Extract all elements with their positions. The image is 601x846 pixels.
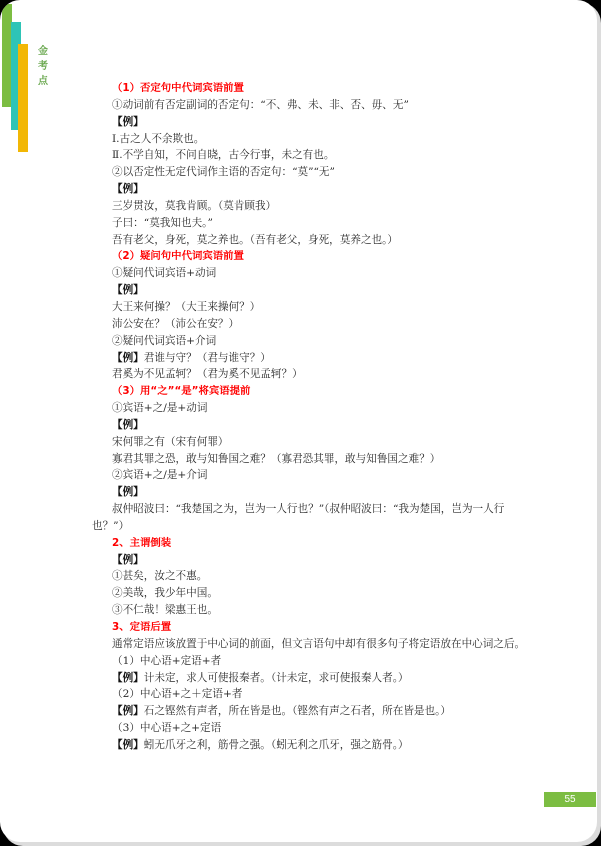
line-text: ①动词前有否定副词的否定句：“不、弗、未、非、否、毋、无” xyxy=(112,99,409,111)
line-text: 计未定，求人可使报秦者。（计未定，求可使报秦人者。） xyxy=(144,672,409,684)
example-label: 【例】 xyxy=(112,705,144,717)
line-text: ②宾语+之/是+介词 xyxy=(112,469,207,481)
line-text: Ⅰ.古之人不余欺也。 xyxy=(112,133,204,145)
example-label: 【例】 xyxy=(112,352,144,364)
text-line: ②以否定性无定代词作主语的否定句：“莫”“无” xyxy=(92,164,514,181)
text-line: 【例】石之铿然有声者，所在皆是也。（铿然有声之石者，所在皆是也。） xyxy=(92,703,514,720)
line-text: 蚓无爪牙之利，筋骨之强。（蚓无利之爪牙，强之筋骨。） xyxy=(144,739,409,751)
text-line: 通常定语应该放置于中心词的前面，但文言语句中却有很多句子将定语放在中心词之后。 xyxy=(92,636,514,653)
example-label: 【例】 xyxy=(112,739,144,751)
section-heading: （2）疑问句中代词宾语前置 xyxy=(92,248,514,265)
line-text: ②美哉，我少年中国。 xyxy=(112,587,218,599)
line-text: Ⅱ.不学自知，不问自晓，古今行事，未之有也。 xyxy=(112,149,334,161)
text-line: ②宾语+之/是+介词 xyxy=(92,467,514,484)
page-number-badge: 55 xyxy=(544,792,596,807)
example-label: 【例】 xyxy=(112,554,144,566)
example-label: 【例】 xyxy=(112,284,144,296)
line-text: 叔仲昭波曰：“我楚国之为，岂为一人行也？”（叔仲昭波曰：“我为楚国，岂为一人行 xyxy=(112,503,504,515)
line-text: 君谁与守？（君与谁守？） xyxy=(144,352,271,364)
line-text: ②疑问代词宾语+介词 xyxy=(112,335,216,347)
line-text: ②以否定性无定代词作主语的否定句：“莫”“无” xyxy=(112,166,335,178)
line-text: （2）中心语+之＋定语+者 xyxy=(112,688,242,700)
text-line: ③不仁哉！梁惠王也。 xyxy=(92,602,514,619)
line-text: 君奚为不见孟轲？（君为奚不见孟轲？） xyxy=(112,368,303,380)
text-line: ②美哉，我少年中国。 xyxy=(92,585,514,602)
line-text: 吾有老父，身死，莫之养也。（吾有老父，身死，莫养之也。） xyxy=(112,234,398,246)
decorative-bar-yellow xyxy=(18,44,28,152)
side-label-char: 考 xyxy=(37,59,49,74)
text-line: 君奚为不见孟轲？（君为奚不见孟轲？） xyxy=(92,366,514,383)
line-text: 大王来何操？（大王来操何？） xyxy=(112,301,260,313)
example-label: 【例】 xyxy=(112,419,144,431)
text-line: 【例】计未定，求人可使报秦者。（计未定，求可使报秦人者。） xyxy=(92,670,514,687)
text-line: 【例】蚓无爪牙之利，筋骨之强。（蚓无利之爪牙，强之筋骨。） xyxy=(92,737,514,754)
line-text: 三岁贯汝，莫我肯顾。（莫肯顾我） xyxy=(112,200,276,212)
text-line: （2）中心语+之＋定语+者 xyxy=(92,686,514,703)
text-line: （3）中心语+之+定语 xyxy=(92,720,514,737)
line-text: ③不仁哉！梁惠王也。 xyxy=(112,604,218,616)
line-text: 石之铿然有声者，所在皆是也。（铿然有声之石者，所在皆是也。） xyxy=(144,705,451,717)
line-text: （3）中心语+之+定语 xyxy=(112,722,221,734)
example-label: 【例】 xyxy=(112,486,144,498)
text-line: Ⅱ.不学自知，不问自晓，古今行事，未之有也。 xyxy=(92,147,514,164)
line-text: 宋何罪之有（宋有何罪） xyxy=(112,436,229,448)
text-line: 【例】 xyxy=(92,417,514,434)
line-text: 也？”） xyxy=(92,520,129,532)
text-line: Ⅰ.古之人不余欺也。 xyxy=(92,131,514,148)
side-label-char: 点 xyxy=(37,74,49,89)
section-heading: （3）用“之”“是”将宾语提前 xyxy=(92,383,514,400)
line-text: ①疑问代词宾语+动词 xyxy=(112,267,216,279)
line-text: （1）中心语+定语+者 xyxy=(112,655,221,667)
document-body: （1）否定句中代词宾语前置①动词前有否定副词的否定句：“不、弗、未、非、否、毋、… xyxy=(92,80,514,754)
line-text: 寡君其罪之恐，敢与知鲁国之难？（寡君恐其罪，敢与知鲁国之难？） xyxy=(112,453,440,465)
text-line: ①动词前有否定副词的否定句：“不、弗、未、非、否、毋、无” xyxy=(92,97,514,114)
text-line: 三岁贯汝，莫我肯顾。（莫肯顾我） xyxy=(92,198,514,215)
example-label: 【例】 xyxy=(112,116,144,128)
line-text: ①宾语+之/是+动词 xyxy=(112,402,207,414)
text-line: ②疑问代词宾语+介词 xyxy=(92,333,514,350)
example-label: 【例】 xyxy=(112,672,144,684)
text-line: ①甚矣，汝之不惠。 xyxy=(92,568,514,585)
text-line: 沛公安在？（沛公在安？） xyxy=(92,316,514,333)
text-line-continuation: 也？”） xyxy=(92,518,514,535)
section-heading: 3、定语后置 xyxy=(92,619,514,636)
side-label-char: 金 xyxy=(37,44,49,59)
section-heading: 2、主谓倒装 xyxy=(92,535,514,552)
section-heading: （1）否定句中代词宾语前置 xyxy=(92,80,514,97)
line-text: 子曰：“莫我知也夫。” xyxy=(112,217,213,229)
text-line: 【例】 xyxy=(92,484,514,501)
text-line: 吾有老父，身死，莫之养也。（吾有老父，身死，莫养之也。） xyxy=(92,232,514,249)
text-line: 【例】 xyxy=(92,552,514,569)
text-line: 【例】 xyxy=(92,282,514,299)
text-line: ①疑问代词宾语+动词 xyxy=(92,265,514,282)
text-line: 【例】 xyxy=(92,181,514,198)
line-text: 通常定语应该放置于中心词的前面，但文言语句中却有很多句子将定语放在中心词之后。 xyxy=(112,638,525,650)
side-section-label: 金 考 点 xyxy=(37,44,49,89)
line-text: ①甚矣，汝之不惠。 xyxy=(112,570,207,582)
text-line: 大王来何操？（大王来操何？） xyxy=(92,299,514,316)
line-text: 沛公安在？（沛公在安？） xyxy=(112,318,239,330)
text-line: 叔仲昭波曰：“我楚国之为，岂为一人行也？”（叔仲昭波曰：“我为楚国，岂为一人行 xyxy=(92,501,514,518)
text-line: 寡君其罪之恐，敢与知鲁国之难？（寡君恐其罪，敢与知鲁国之难？） xyxy=(92,451,514,468)
example-label: 【例】 xyxy=(112,183,144,195)
text-line: 子曰：“莫我知也夫。” xyxy=(92,215,514,232)
document-page: 金 考 点 （1）否定句中代词宾语前置①动词前有否定副词的否定句：“不、弗、未、… xyxy=(0,0,597,842)
text-line: ①宾语+之/是+动词 xyxy=(92,400,514,417)
text-line: 【例】君谁与守？（君与谁守？） xyxy=(92,350,514,367)
text-line: 【例】 xyxy=(92,114,514,131)
text-line: 宋何罪之有（宋有何罪） xyxy=(92,434,514,451)
text-line: （1）中心语+定语+者 xyxy=(92,653,514,670)
